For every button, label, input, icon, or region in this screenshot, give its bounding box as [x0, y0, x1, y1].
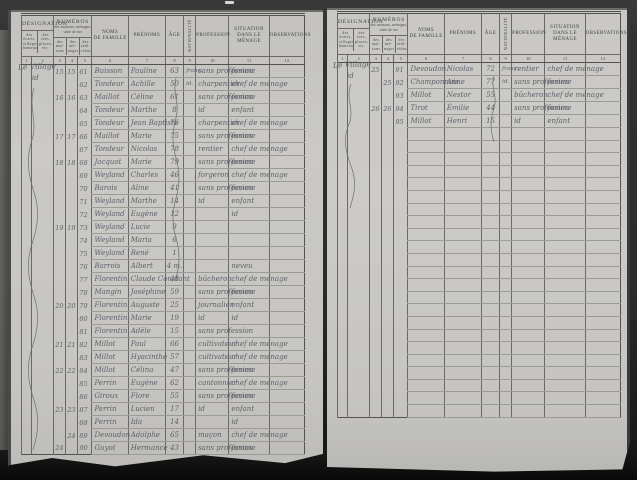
cell-menage — [66, 416, 78, 429]
cell-obs — [269, 325, 304, 338]
cell-age — [481, 266, 499, 279]
cell-nom: Weyland — [92, 247, 128, 260]
cell-d1 — [338, 405, 348, 418]
cell-menage — [382, 153, 394, 166]
margin-brace-squiggle — [26, 88, 40, 450]
cell-menage — [66, 377, 78, 390]
cell-maison: 16 — [54, 91, 66, 104]
col-situation: SITUATION DANS LE MÉNAGE — [545, 13, 585, 55]
cell-prof: sans profession — [196, 91, 229, 104]
cell-d2 — [348, 216, 370, 229]
cell-prenom: Marie — [128, 312, 165, 325]
cell-prenom — [444, 253, 481, 266]
census-row: 95MillotHenri15idenfant — [338, 115, 621, 128]
cell-prof: sans profession — [196, 325, 229, 338]
cell-obs — [269, 299, 304, 312]
observations-label: OBSERVATIONS — [270, 33, 304, 39]
cell-nat — [184, 208, 196, 221]
cell-nat — [184, 104, 196, 117]
cell-menage — [382, 342, 394, 355]
cell-nom: Barrois — [92, 260, 128, 273]
cell-prof: id — [196, 104, 229, 117]
census-row — [338, 379, 621, 392]
cell-d1 — [338, 228, 348, 241]
cell-prof: cantonnier — [196, 377, 229, 390]
cell-prenom: Charles — [128, 169, 165, 182]
census-row — [338, 165, 621, 178]
cell-nom: Champonnois — [408, 76, 444, 89]
cell-nom: Weyland — [92, 221, 128, 234]
margin-place-label: Le Village — [333, 59, 371, 69]
census-row: 70BaroisAline41sans professionfemme — [22, 182, 305, 195]
cell-prenom: Joséphine — [128, 286, 165, 299]
cell-obs — [585, 115, 620, 128]
census-rows-left: 151561BuissonPauline63franç.sans profess… — [22, 65, 305, 455]
cell-nom — [408, 279, 444, 292]
cell-maison: 17 — [54, 130, 66, 143]
cell-age — [481, 241, 499, 254]
cell-prof — [512, 367, 545, 380]
cell-obs — [269, 91, 304, 104]
cell-sit: femme — [229, 390, 269, 403]
cell-maison — [54, 208, 66, 221]
cell-maison — [370, 241, 382, 254]
cell-menage — [382, 228, 394, 241]
cell-prof: sans profession — [196, 364, 229, 377]
cell-menage — [66, 260, 78, 273]
cell-sit — [545, 203, 585, 216]
cell-nat — [184, 156, 196, 169]
cell-menage — [66, 390, 78, 403]
cell-prenom: Claude Constant — [128, 273, 165, 286]
col-numeros: NUMÉROS des maisons, ménages, suite de r… — [54, 15, 92, 57]
cell-num: 74 — [78, 234, 92, 247]
cell-nom: Perrin — [92, 403, 128, 416]
cell-d1 — [338, 354, 348, 367]
cell-age: 65 — [165, 429, 183, 442]
cell-menage — [382, 266, 394, 279]
cell-sit — [545, 153, 585, 166]
cell-nom: Mangin — [92, 286, 128, 299]
cell-prof: id — [196, 312, 229, 325]
cell-nom: Barois — [92, 182, 128, 195]
cell-num: 76 — [78, 260, 92, 273]
cell-d2 — [348, 228, 370, 241]
cell-nat — [500, 279, 512, 292]
cell-num — [394, 228, 408, 241]
cell-prenom: Paul — [128, 338, 165, 351]
census-row: 88PerrinIda14id — [22, 416, 305, 429]
cell-d1 — [338, 253, 348, 266]
cell-num: 67 — [78, 143, 92, 156]
cell-nom: Millot — [408, 115, 444, 128]
nationalite-idem-squiggle — [489, 76, 499, 142]
cell-num — [394, 279, 408, 292]
cell-prof — [512, 329, 545, 342]
cell-sit: chef de ménage — [229, 117, 269, 130]
cell-age — [481, 228, 499, 241]
cell-nat — [500, 342, 512, 355]
cell-num: 83 — [78, 351, 92, 364]
cell-obs — [269, 195, 304, 208]
census-row — [338, 153, 621, 166]
cell-d2 — [348, 241, 370, 254]
cell-maison — [370, 203, 382, 216]
census-row — [338, 190, 621, 203]
cell-menage — [66, 169, 78, 182]
cell-prof — [512, 291, 545, 304]
cell-sit: id — [229, 208, 269, 221]
cell-num: 88 — [78, 416, 92, 429]
scan-artifact-dash — [225, 1, 234, 4]
numeros-sub2: des mé- nages — [382, 36, 395, 54]
cell-obs — [585, 279, 620, 292]
cell-sit: neveu — [229, 260, 269, 273]
cell-nat — [500, 216, 512, 229]
cell-prof — [196, 247, 229, 260]
cell-nom — [408, 316, 444, 329]
cell-prenom: Nicolas — [128, 143, 165, 156]
cell-d2 — [348, 354, 370, 367]
col-nationalite: NATIONALITÉ — [184, 15, 196, 57]
cell-menage: 19 — [66, 221, 78, 234]
cell-nat — [500, 329, 512, 342]
cell-d1 — [338, 216, 348, 229]
observations-label: OBSERVATIONS — [586, 31, 620, 37]
cell-maison — [54, 143, 66, 156]
numeros-label: NUMÉROS — [370, 15, 407, 24]
census-row: 64TondeurMarthe8idenfant — [22, 104, 305, 117]
cell-prenom: Albert — [128, 260, 165, 273]
cell-menage — [382, 203, 394, 216]
cell-menage — [382, 329, 394, 342]
cell-num — [394, 316, 408, 329]
cell-num: 77 — [78, 273, 92, 286]
cell-num: 62 — [78, 78, 92, 91]
cell-menage — [66, 208, 78, 221]
cell-maison — [54, 78, 66, 91]
cell-age: 62 — [165, 377, 183, 390]
margin-idem-label: id — [347, 72, 354, 80]
cell-obs — [269, 403, 304, 416]
cell-obs — [585, 128, 620, 141]
cell-menage — [382, 279, 394, 292]
cell-nat: id. — [500, 76, 512, 89]
cell-maison — [370, 291, 382, 304]
cell-nom — [408, 342, 444, 355]
cell-maison — [54, 182, 66, 195]
cell-menage — [382, 241, 394, 254]
cell-sit: enfant — [229, 104, 269, 117]
census-row: 86GirouxFlore55sans professionfemme — [22, 390, 305, 403]
cell-sit: femme — [229, 91, 269, 104]
cell-sit: femme — [229, 442, 269, 455]
cell-sit — [545, 354, 585, 367]
numeros-sub1: des mai- sons — [370, 36, 382, 54]
cell-nom — [408, 128, 444, 141]
census-row — [338, 203, 621, 216]
cell-nom: Weyland — [92, 234, 128, 247]
table-header: DÉSIGNATION des écarts, villages, hameau… — [338, 13, 621, 63]
census-row — [338, 178, 621, 191]
cell-num: 64 — [78, 104, 92, 117]
cell-nom — [408, 241, 444, 254]
cell-maison — [370, 266, 382, 279]
cell-prenom — [444, 367, 481, 380]
census-row: 74WeylandMaria6 — [22, 234, 305, 247]
cell-age: 57 — [165, 351, 183, 364]
cell-sit — [229, 234, 269, 247]
cell-maison — [54, 260, 66, 273]
cell-prof: id — [512, 115, 545, 128]
cell-menage: 25 — [382, 76, 394, 89]
cell-num — [394, 266, 408, 279]
cell-nom: Guyot — [92, 442, 128, 455]
cell-num — [394, 329, 408, 342]
cell-sit — [545, 241, 585, 254]
cell-prof — [512, 178, 545, 191]
cell-obs — [585, 241, 620, 254]
cell-prenom — [444, 165, 481, 178]
cell-obs — [269, 156, 304, 169]
cell-age — [481, 178, 499, 191]
cell-maison — [54, 169, 66, 182]
cell-menage: 23 — [66, 403, 78, 416]
cell-prof — [196, 208, 229, 221]
cell-prof: cultivateur — [196, 351, 229, 364]
cell-nat — [500, 153, 512, 166]
cell-nom — [408, 405, 444, 418]
cell-nat — [500, 304, 512, 317]
cell-maison — [370, 379, 382, 392]
cell-nom: Jacquot — [92, 156, 128, 169]
census-row — [338, 304, 621, 317]
cell-nom: Perrin — [92, 416, 128, 429]
cell-d1 — [338, 392, 348, 405]
cell-maison — [54, 325, 66, 338]
cell-nat — [500, 392, 512, 405]
cell-nom — [408, 392, 444, 405]
cell-prenom — [444, 379, 481, 392]
cell-prenom: Céline — [128, 91, 165, 104]
cell-nat: franç. — [500, 63, 512, 76]
cell-sit — [545, 216, 585, 229]
cell-sit — [545, 329, 585, 342]
cell-prof: bûcheron — [196, 273, 229, 286]
cell-nom: Tondeur — [92, 104, 128, 117]
census-row — [338, 329, 621, 342]
cell-prenom: Eugène — [128, 377, 165, 390]
cell-prenom: Marie — [128, 130, 165, 143]
cell-num: 84 — [78, 364, 92, 377]
cell-num — [394, 165, 408, 178]
census-row — [338, 291, 621, 304]
census-row: 93MillotNestor55bûcheronchef de ménage — [338, 89, 621, 102]
cell-nom: Florentin — [92, 273, 128, 286]
cell-prof — [512, 140, 545, 153]
cell-sit: chef de ménage — [229, 78, 269, 91]
cell-obs — [585, 379, 620, 392]
margin-brace-squiggle — [343, 84, 357, 208]
cell-num — [394, 190, 408, 203]
cell-nat — [500, 128, 512, 141]
cell-maison — [370, 354, 382, 367]
cell-prenom: Célina — [128, 364, 165, 377]
cell-num: 86 — [78, 390, 92, 403]
cell-prenom: Anne — [444, 76, 481, 89]
cell-num: 81 — [78, 325, 92, 338]
cell-obs — [585, 178, 620, 191]
cell-prof: sans profession — [512, 102, 545, 115]
census-page-left: DÉSIGNATION des écarts, villages, hameau… — [8, 10, 323, 470]
census-rows-right: 2591DevoudonNicolas72franç.rentierchef d… — [338, 63, 621, 418]
cell-nom: Florentin — [92, 325, 128, 338]
age-label: ÂGE — [166, 33, 183, 39]
cell-nom: Millot — [92, 351, 128, 364]
census-table-right: DÉSIGNATION des écarts, villages, hameau… — [337, 11, 621, 418]
cell-sit: chef de ménage — [229, 338, 269, 351]
cell-num: 80 — [78, 312, 92, 325]
cell-d1 — [338, 316, 348, 329]
cell-prenom: Nicolas — [444, 63, 481, 76]
census-row: 75WeylandRené1 — [22, 247, 305, 260]
cell-menage — [66, 351, 78, 364]
census-row: 202079FlorentinAuguste25journalierenfant — [22, 299, 305, 312]
cell-nom — [408, 153, 444, 166]
cell-age — [481, 279, 499, 292]
col-age: ÂGE — [481, 13, 499, 55]
cell-prof: sans profession — [196, 182, 229, 195]
cell-prof — [512, 228, 545, 241]
profession-label: PROFESSION — [512, 31, 544, 37]
cell-menage — [66, 312, 78, 325]
cell-sit: femme — [229, 364, 269, 377]
cell-obs — [585, 316, 620, 329]
cell-maison — [370, 115, 382, 128]
cell-d2 — [348, 367, 370, 380]
cell-maison — [370, 128, 382, 141]
cell-obs — [269, 208, 304, 221]
cell-menage — [382, 354, 394, 367]
cell-prenom — [444, 279, 481, 292]
census-row — [338, 228, 621, 241]
column-number-row: 12 34 56 78 910 1112 — [22, 57, 305, 65]
cell-d1 — [338, 241, 348, 254]
cell-prenom — [444, 216, 481, 229]
cell-num: 63 — [78, 91, 92, 104]
cell-menage — [66, 325, 78, 338]
cell-nom — [408, 253, 444, 266]
cell-maison: 20 — [54, 299, 66, 312]
cell-nom: Millot — [92, 338, 128, 351]
designation-sub2: des rues, places, etc. — [37, 31, 53, 53]
cell-maison — [370, 367, 382, 380]
cell-prenom: Eugène — [128, 208, 165, 221]
cell-maison — [370, 392, 382, 405]
cell-nat — [184, 195, 196, 208]
cell-age: 59 — [165, 286, 183, 299]
col-profession: PROFESSION — [512, 13, 545, 55]
designation-sub2: des rues, places, etc. — [353, 29, 369, 51]
col-observations: OBSERVATIONS — [269, 15, 304, 57]
cell-prenom — [444, 203, 481, 216]
margin-idem-label: id — [32, 74, 39, 82]
cell-nom: Millot — [92, 364, 128, 377]
cell-obs — [269, 260, 304, 273]
cell-age: 43 — [165, 442, 183, 455]
cell-prof: bûcheron — [512, 89, 545, 102]
cell-d2 — [348, 253, 370, 266]
cell-num: 72 — [78, 208, 92, 221]
cell-sit: femme — [545, 102, 585, 115]
cell-nat — [500, 241, 512, 254]
census-row: 65TondeurJean Baptiste76charpentierchef … — [22, 117, 305, 130]
cell-prenom: Émilie — [444, 102, 481, 115]
cell-prenom: Henri — [444, 115, 481, 128]
cell-nat — [184, 117, 196, 130]
cell-nom — [408, 216, 444, 229]
cell-obs — [585, 354, 620, 367]
cell-num: 94 — [394, 102, 408, 115]
cell-nat — [184, 429, 196, 442]
cell-num — [394, 216, 408, 229]
cell-prenom — [444, 354, 481, 367]
cell-nat — [500, 354, 512, 367]
cell-sit — [545, 392, 585, 405]
cell-sit — [545, 165, 585, 178]
cell-sit: chef de ménage — [229, 429, 269, 442]
cell-age — [481, 216, 499, 229]
cell-nat: franç. — [184, 65, 196, 78]
col-noms: NOMS DE FAMILLE — [408, 13, 444, 55]
census-row: 2591DevoudonNicolas72franç.rentierchef d… — [338, 63, 621, 76]
cell-nat — [184, 442, 196, 455]
cell-menage — [66, 143, 78, 156]
cell-prenom — [444, 228, 481, 241]
cell-nom: Perrin — [92, 377, 128, 390]
situation-sub-label: DANS LE MÉNAGE — [545, 31, 584, 44]
cell-prenom: Achille — [128, 78, 165, 91]
margin-place-label: Le Village — [18, 61, 56, 71]
cell-prof: sans profession — [512, 76, 545, 89]
cell-menage: 15 — [66, 65, 78, 78]
nationalite-label: NATIONALITÉ — [503, 17, 508, 50]
cell-d1 — [338, 266, 348, 279]
cell-sit: enfant — [229, 403, 269, 416]
cell-sit: femme — [229, 156, 269, 169]
cell-d1 — [338, 279, 348, 292]
cell-nat — [184, 130, 196, 143]
cell-obs — [585, 392, 620, 405]
cell-num — [394, 379, 408, 392]
cell-sit: id — [229, 312, 269, 325]
cell-nat — [184, 364, 196, 377]
cell-prof: sans profession — [196, 156, 229, 169]
col-designation: DÉSIGNATION des écarts, villages, hameau… — [338, 13, 370, 55]
cell-nom — [408, 329, 444, 342]
column-number-row: 12 34 56 78 910 1112 — [338, 55, 621, 63]
cell-prof — [512, 405, 545, 418]
cell-sit: enfant — [229, 195, 269, 208]
cell-obs — [585, 367, 620, 380]
census-row: 161663MaillotCéline61sans professionfemm… — [22, 91, 305, 104]
cell-d2 — [348, 279, 370, 292]
cell-prof — [512, 216, 545, 229]
cell-menage — [382, 115, 394, 128]
cell-maison — [370, 279, 382, 292]
cell-num — [394, 128, 408, 141]
census-row — [338, 140, 621, 153]
